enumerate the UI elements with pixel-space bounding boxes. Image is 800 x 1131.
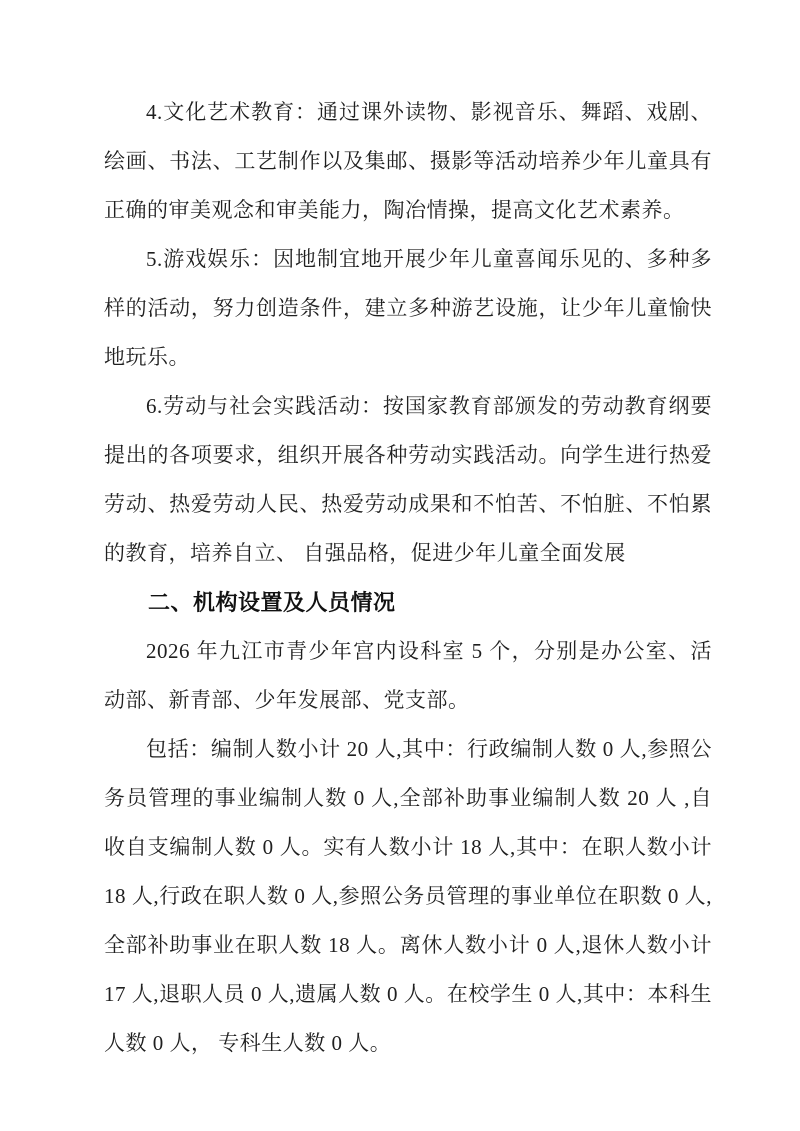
paragraph-labor-social-practice: 6.劳动与社会实践活动：按国家教育部颁发的劳动教育纲要提出的各项要求，组织开展各… (104, 382, 712, 578)
document-page: 4.文化艺术教育：通过课外读物、影视音乐、舞蹈、戏剧、绘画、书法、工艺制作以及集… (0, 0, 800, 1131)
paragraph-department-setup: 2026 年九江市青少年宫内设科室 5 个，分别是办公室、活动部、新青部、少年发… (104, 627, 712, 725)
section-heading-organization-personnel: 二、机构设置及人员情况 (104, 578, 712, 627)
document-content: 4.文化艺术教育：通过课外读物、影视音乐、舞蹈、戏剧、绘画、书法、工艺制作以及集… (104, 88, 712, 1068)
paragraph-culture-art-education: 4.文化艺术教育：通过课外读物、影视音乐、舞蹈、戏剧、绘画、书法、工艺制作以及集… (104, 88, 712, 235)
paragraph-games-entertainment: 5.游戏娱乐：因地制宜地开展少年儿童喜闻乐见的、多种多样的活动，努力创造条件，建… (104, 235, 712, 382)
paragraph-staffing-numbers: 包括：编制人数小计 20 人,其中：行政编制人数 0 人,参照公务员管理的事业编… (104, 725, 712, 1068)
